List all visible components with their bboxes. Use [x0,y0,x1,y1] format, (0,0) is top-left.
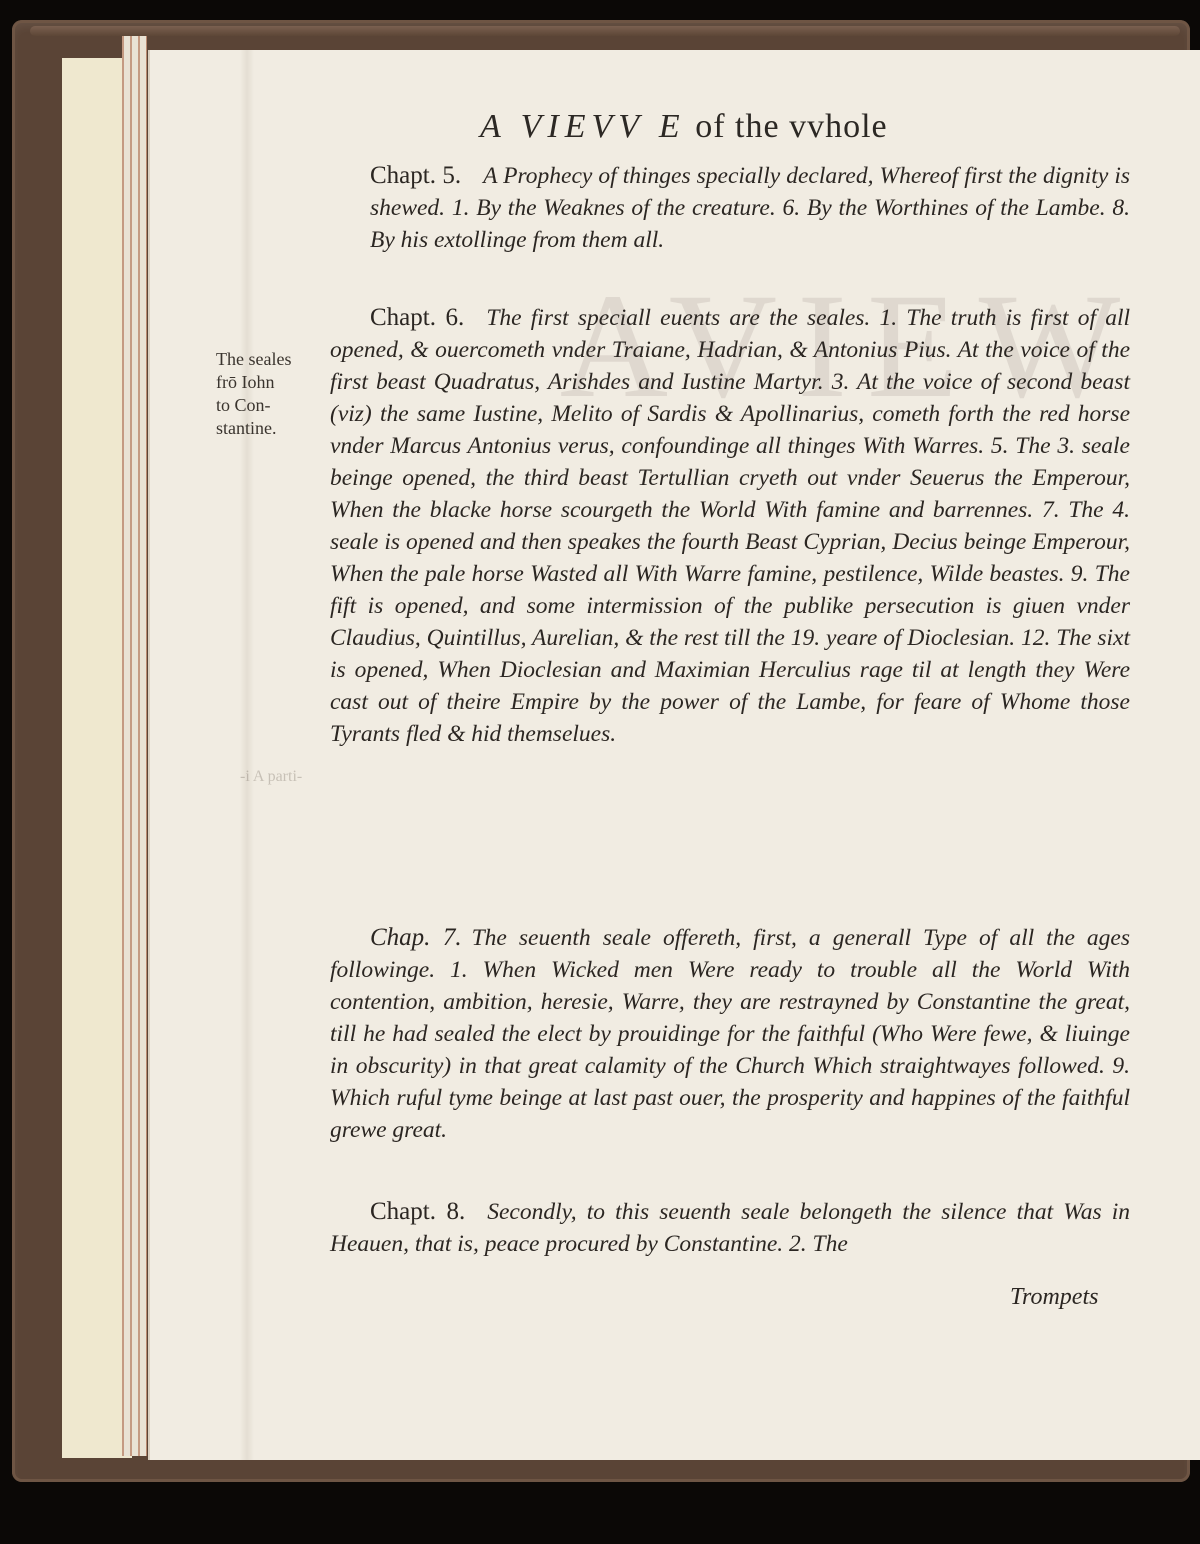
margin-note-line: frō Iohn [216,371,326,394]
chapter-summary: A Prophecy of thinges specially declared… [370,163,1130,253]
chapter-6: Chapt. 6.The first speciall euents are t… [330,302,1130,750]
catchword: Trompets [1010,1284,1098,1311]
chapter-label: Chap. 7. [370,924,462,951]
chapter-label: Chapt. 8. [370,1198,465,1225]
page-edge [138,36,147,1456]
page-stack-edges [122,36,152,1456]
margin-note-line: stantine. [216,417,326,440]
margin-note-line: to Con- [216,394,326,417]
running-head: A VIEVV E of the vvhole [480,108,1080,146]
chapter-label: Chapt. 5. [370,162,461,189]
running-head-caps: A VIEVV E [480,108,686,145]
chapter-8: Chapt. 8.Secondly, to this seuenth seale… [330,1196,1130,1260]
chapter-summary: The seuenth seale offereth, first, a gen… [330,925,1130,1143]
chapter-label: Chapt. 6. [370,304,464,331]
bleed-through-note: -i A parti- [240,768,302,786]
chapter-summary: The first speciall euents are the seales… [330,305,1130,747]
margin-note: The seales frō Iohn to Con- stantine. [216,348,326,440]
running-head-rest: of the vvhole [686,108,888,145]
margin-note-line: The seales [216,348,326,371]
chapter-7: Chap. 7.The seuenth seale offereth, firs… [330,922,1130,1146]
chapter-5: Chapt. 5.A Prophecy of thinges specially… [370,160,1130,256]
cover-rim [30,26,1180,36]
